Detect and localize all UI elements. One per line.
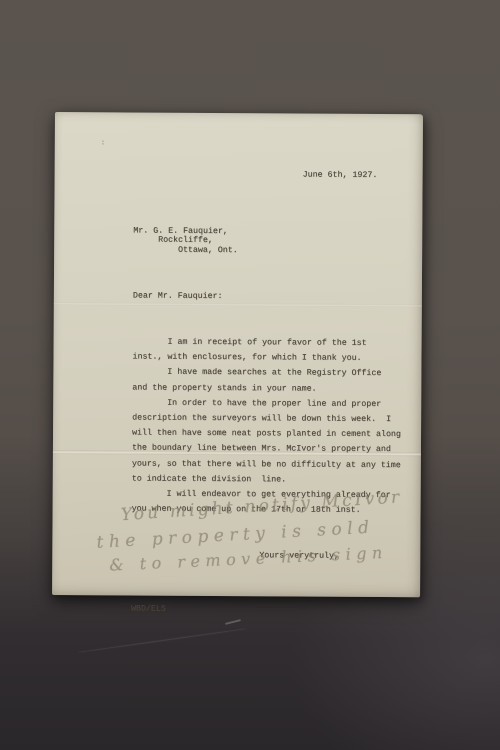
stray-ink-mark: : [101,139,105,147]
body-line: the boundary line between Mrs. McIvor's … [132,441,401,458]
address-line: Ottawa, Ont. [133,245,238,255]
body-line: I am in receipt of your favor of the 1st [133,334,402,351]
body-line: In order to have the proper line and pro… [132,395,401,412]
body-line: description the surveyors will be down t… [132,411,401,428]
body-line: I have made searches at the Registry Off… [132,365,401,382]
address-line: Rockcliffe, [133,236,238,246]
typist-initials: WBD/ELS [131,602,400,619]
recipient-address: Mr. G. E. Fauquier, Rockcliffe, Ottawa, … [133,226,238,255]
salutation: Dear Mr. Fauquier: [133,289,402,306]
body-line: inst., with enclosures, for which I than… [132,350,401,367]
date-line: June 6th, 1927. [303,171,378,180]
letter-body: Dear Mr. Fauquier: I am in receipt of yo… [131,258,402,649]
body-line: will then have some neat posts planted i… [132,426,401,443]
letter-paper: : June 6th, 1927. Mr. G. E. Fauquier, Ro… [52,112,423,597]
body-line: to indicate the division line. [132,471,401,488]
body-line: yours, so that there will be no difficul… [132,456,401,473]
body-line: and the property stands in your name. [132,380,401,397]
photo-background: : June 6th, 1927. Mr. G. E. Fauquier, Ro… [0,0,500,750]
